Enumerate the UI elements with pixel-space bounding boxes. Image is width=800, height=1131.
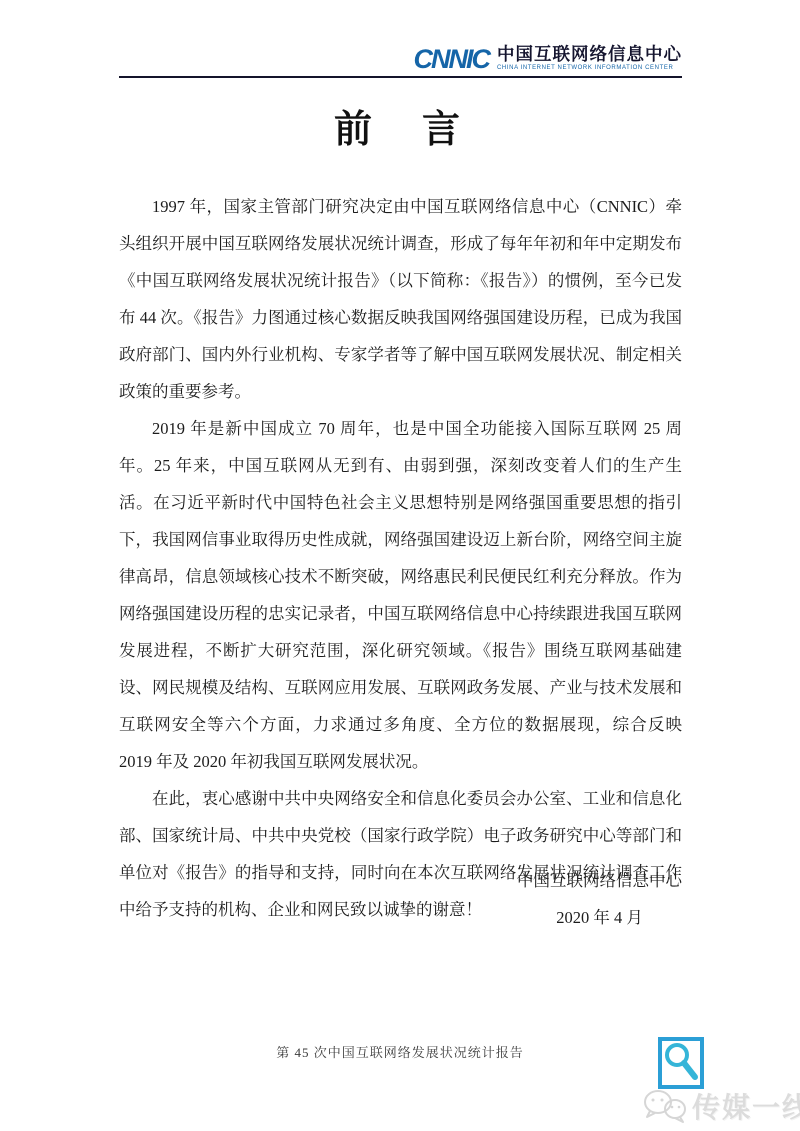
org-name-block: 中国互联网络信息中心 CHINA INTERNET NETWORK INFORM… [497, 44, 682, 72]
org-name-english: CHINA INTERNET NETWORK INFORMATION CENTE… [497, 64, 682, 72]
report-preface-page: CNNIC 中国互联网络信息中心 CHINA INTERNET NETWORK … [0, 0, 800, 1131]
signature-date: 2020 年 4 月 [517, 899, 682, 936]
paragraph-1: 1997 年，国家主管部门研究决定由中国互联网络信息中心（CNNIC）牵头组织开… [119, 188, 682, 410]
org-name-chinese: 中国互联网络信息中心 [497, 44, 682, 64]
wechat-icon [642, 1087, 688, 1125]
header-divider [119, 76, 682, 78]
watermark-label: 传媒一线 [692, 1086, 800, 1126]
cnnic-logo: CNNIC [414, 44, 490, 74]
watermark: 传媒一线 [642, 1086, 800, 1126]
page-header: CNNIC 中国互联网络信息中心 CHINA INTERNET NETWORK … [414, 44, 683, 74]
signature-org: 中国互联网络信息中心 [517, 862, 682, 899]
signature-block: 中国互联网络信息中心 2020 年 4 月 [517, 862, 682, 936]
cnnic-e-badge-icon [658, 1037, 704, 1089]
preface-body: 1997 年，国家主管部门研究决定由中国互联网络信息中心（CNNIC）牵头组织开… [119, 188, 682, 928]
page-title: 前 言 [0, 98, 800, 153]
magnifier-e-icon [658, 1037, 704, 1089]
paragraph-2: 2019 年是新中国成立 70 周年，也是中国全功能接入国际互联网 25 周年。… [119, 410, 682, 780]
